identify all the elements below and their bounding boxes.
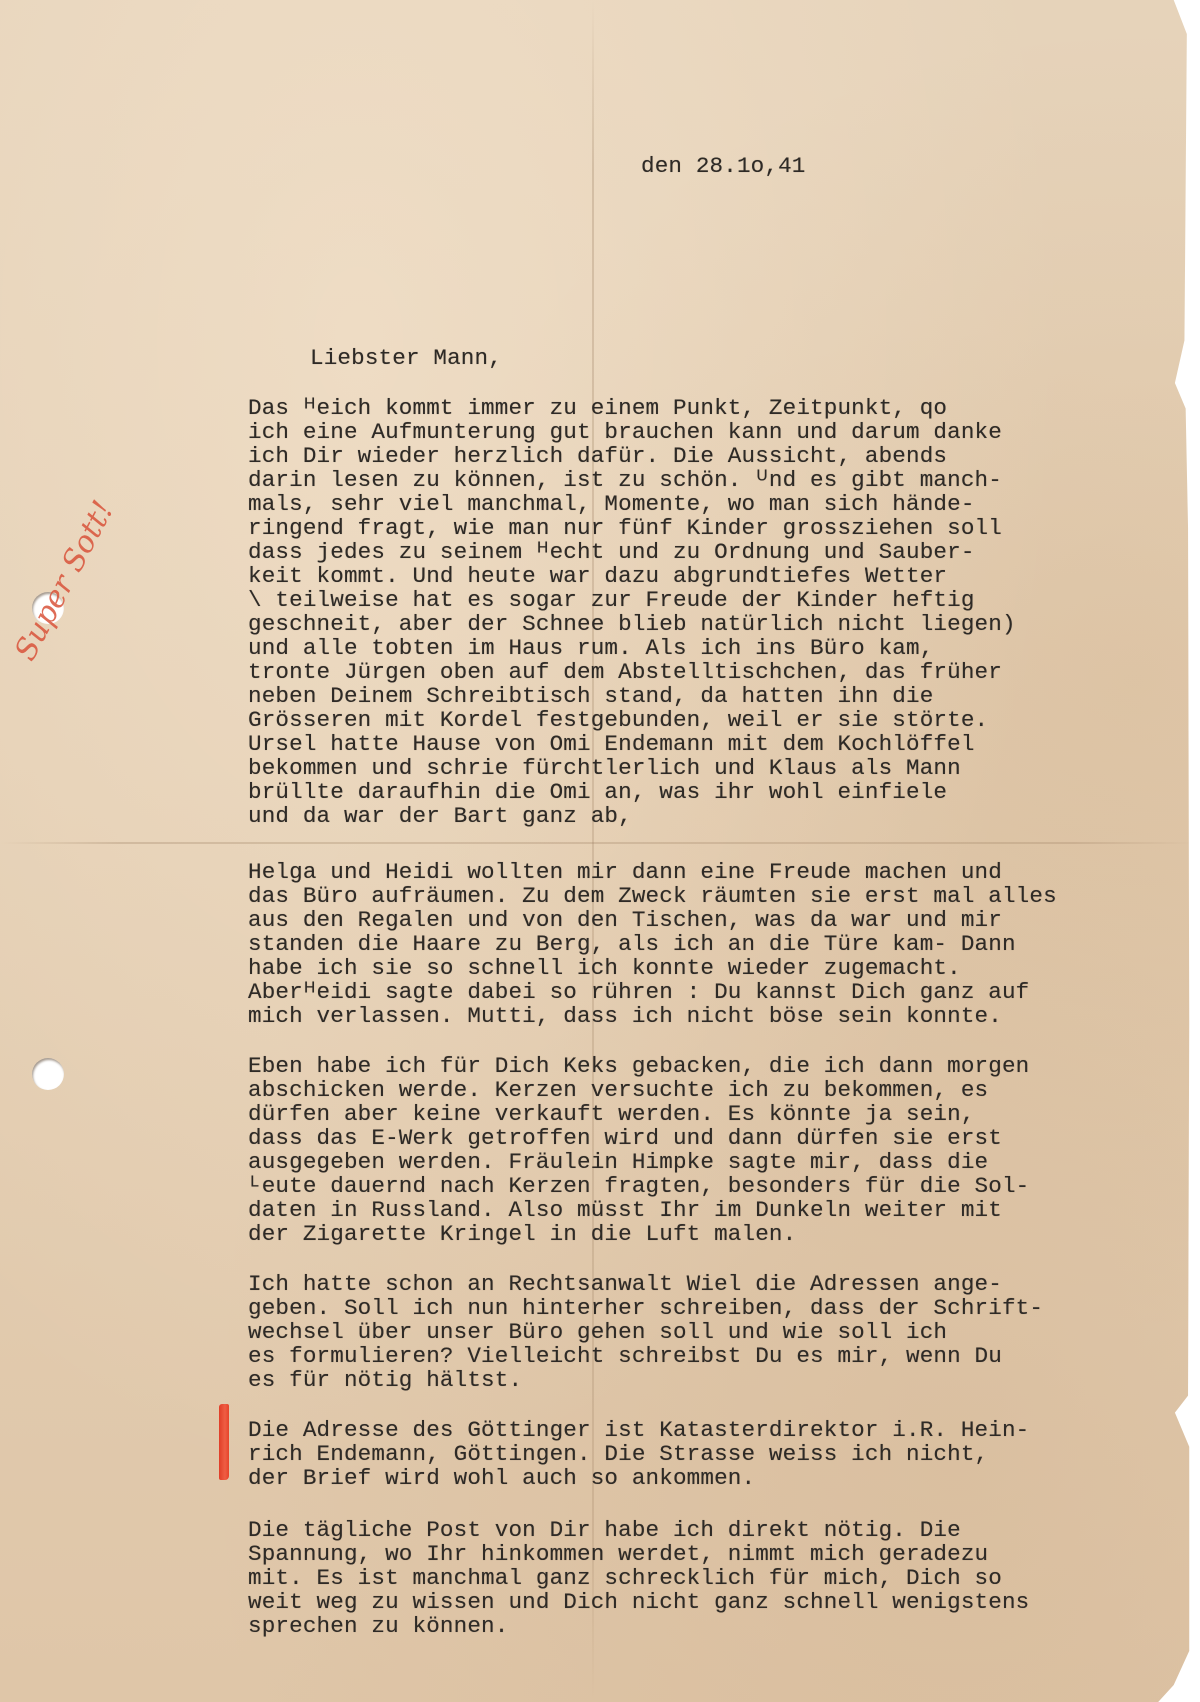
text-line: Eben habe ich für Dich Keks gebacken, di… [248, 1054, 1029, 1078]
text-line: rich Endemann, Göttingen. Die Strasse we… [248, 1442, 988, 1466]
text-line: ich Dir wieder herzlich dafür. Die Aussi… [248, 444, 947, 468]
text-line: ausgegeben werden. Fräulein Himpke sagte… [248, 1150, 988, 1174]
text-line: geschneit, aber der Schnee blieb natürli… [248, 612, 1016, 636]
text-line: ᴸeute dauernd nach Kerzen fragten, beson… [248, 1174, 1029, 1198]
text-line: dürfen aber keine verkauft werden. Es kö… [248, 1102, 975, 1126]
text-line: geben. Soll ich nun hinterher schreiben,… [248, 1296, 1043, 1320]
text-line: mals, sehr viel manchmal, Momente, wo ma… [248, 492, 975, 516]
text-line: ich eine Aufmunterung gut brauchen kann … [248, 420, 1002, 444]
text-line: bekommen und schrie fürchtlerlich und Kl… [248, 756, 961, 780]
text-line: dass das E-Werk getroffen wird und dann … [248, 1126, 1002, 1150]
text-line: Aberᴴeidi sagte dabei so rühren : Du kan… [248, 980, 1029, 1004]
text-line: Die tägliche Post von Dir habe ich direk… [248, 1518, 961, 1542]
text-line: keit kommt. Und heute war dazu abgrundti… [248, 564, 947, 588]
red-pencil-margin-mark [219, 1404, 229, 1480]
text-line: wechsel über unser Büro gehen soll und w… [248, 1320, 947, 1344]
letter-date: den 28.1o,41 [641, 154, 806, 178]
text-line: tronte Jürgen oben auf dem Abstelltischc… [248, 660, 1002, 684]
text-line: habe ich sie so schnell ich konnte wiede… [248, 956, 961, 980]
text-line: aus den Regalen und von den Tischen, was… [248, 908, 1002, 932]
text-line: und alle tobten im Haus rum. Als ich ins… [248, 636, 933, 660]
text-line: ringend fragt, wie man nur fünf Kinder g… [248, 516, 1002, 540]
text-line: \ teilweise hat es sogar zur Freude der … [248, 588, 975, 612]
text-line: standen die Haare zu Berg, als ich an di… [248, 932, 1016, 956]
text-line: und da war der Bart ganz ab, [248, 804, 632, 828]
text-line: Ursel hatte Hause von Omi Endemann mit d… [248, 732, 975, 756]
text-line: daten in Russland. Also müsst Ihr im Dun… [248, 1198, 1002, 1222]
text-line: Das ᴴeich kommt immer zu einem Punkt, Ze… [248, 396, 947, 420]
text-line: dass jedes zu seinem ᴴecht und zu Ordnun… [248, 540, 975, 564]
text-line: brüllte daraufhin die Omi an, was ihr wo… [248, 780, 947, 804]
text-line: mit. Es ist manchmal ganz schrecklich fü… [248, 1566, 1002, 1590]
text-line: weit weg zu wissen und Dich nicht ganz s… [248, 1590, 1029, 1614]
punch-hole-bottom [32, 1058, 64, 1090]
letter-page: Super Sott! den 28.1o,41 Liebster Mann, … [0, 0, 1194, 1702]
handwritten-margin-note: Super Sott! [8, 495, 121, 666]
text-line: Die Adresse des Göttinger ist Katasterdi… [248, 1418, 1029, 1442]
text-line: mich verlassen. Mutti, dass ich nicht bö… [248, 1004, 1002, 1028]
letter-greeting: Liebster Mann, [310, 346, 502, 370]
text-line: Grösseren mit Kordel festgebunden, weil … [248, 708, 988, 732]
text-line: sprechen zu können. [248, 1614, 508, 1638]
text-line: der Zigarette Kringel in die Luft malen. [248, 1222, 796, 1246]
horizontal-fold-crease [0, 842, 1194, 844]
text-line: das Büro aufräumen. Zu dem Zweck räumten… [248, 884, 1057, 908]
text-line: darin lesen zu können, ist zu schön. ᵁnd… [248, 468, 1002, 492]
text-line: neben Deinem Schreibtisch stand, da hatt… [248, 684, 933, 708]
text-line: abschicken werde. Kerzen versuchte ich z… [248, 1078, 988, 1102]
text-line: es für nötig hältst. [248, 1368, 522, 1392]
text-line: Spannung, wo Ihr hinkommen werdet, nimmt… [248, 1542, 988, 1566]
text-line: der Brief wird wohl auch so ankommen. [248, 1466, 755, 1490]
text-line: Helga und Heidi wollten mir dann eine Fr… [248, 860, 1002, 884]
text-line: es formulieren? Vielleicht schreibst Du … [248, 1344, 1002, 1368]
text-line: Ich hatte schon an Rechtsanwalt Wiel die… [248, 1272, 1002, 1296]
